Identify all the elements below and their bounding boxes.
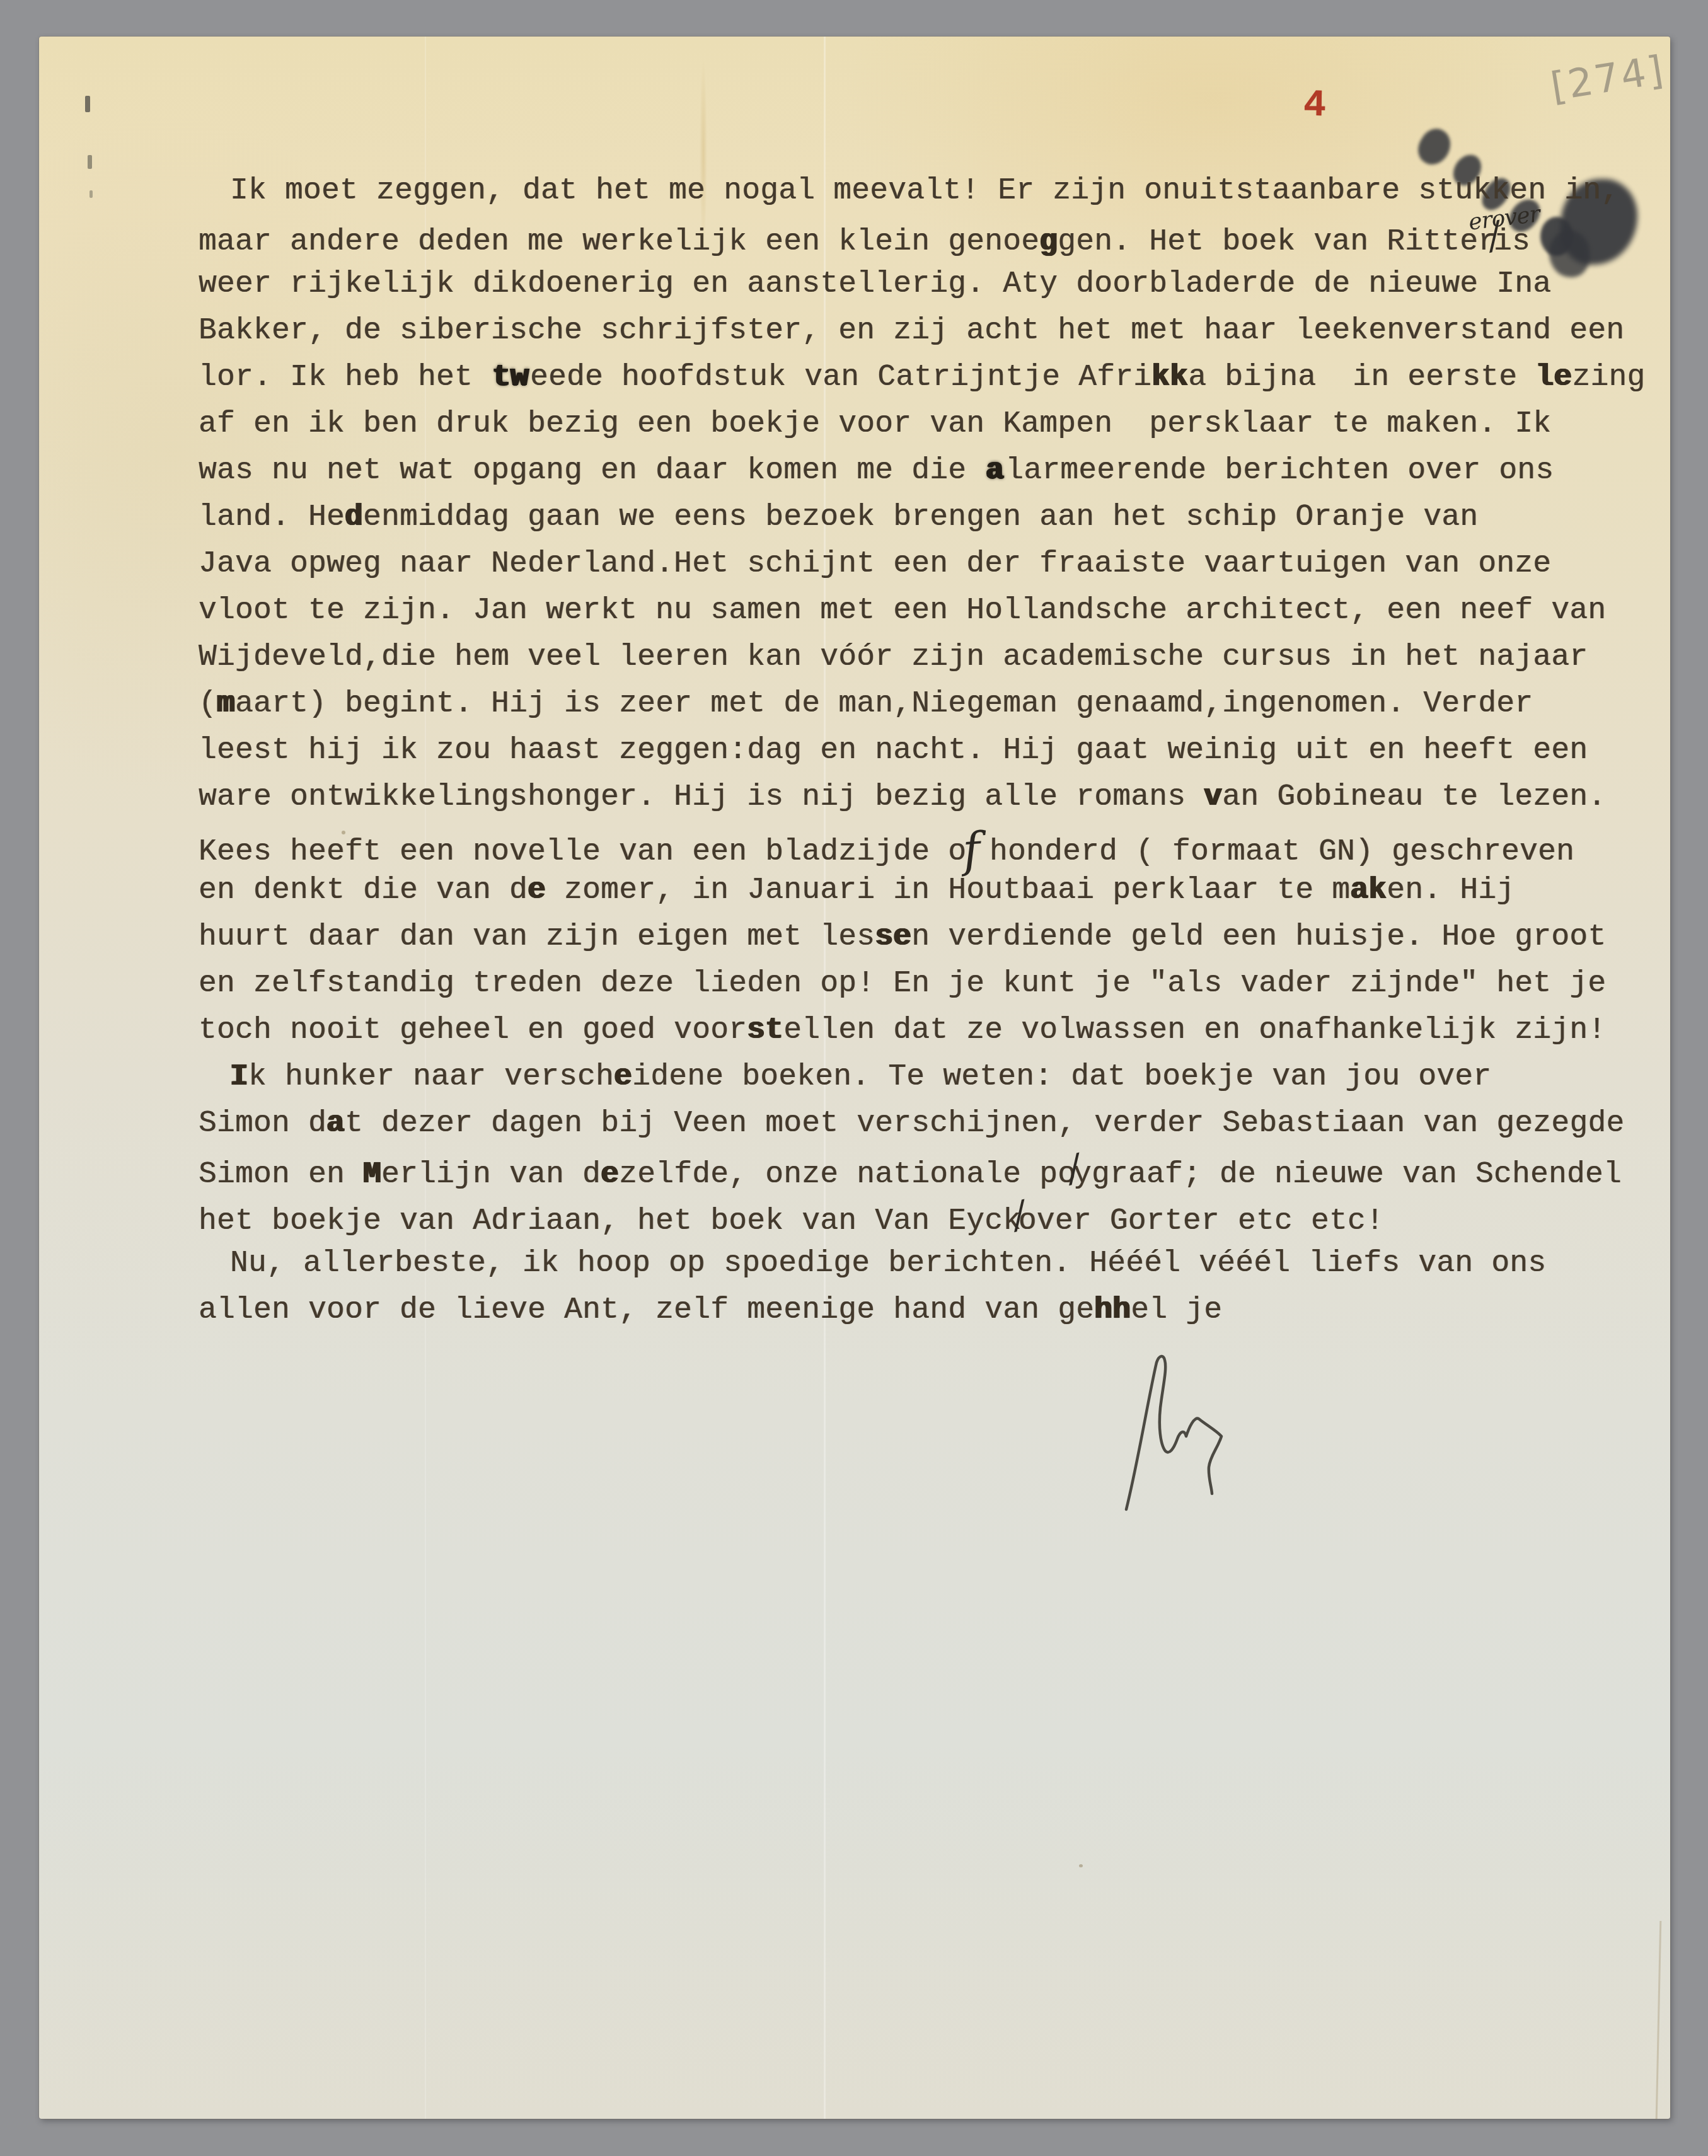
overstruck-text: f [961, 826, 982, 874]
letter-line: lor. Ik heb het tweede hoofdstuk van Cat… [199, 354, 1667, 401]
letter-line: Ik moet zeggen, dat het me nogal meevalt… [199, 168, 1667, 214]
typewritten-text: Wijdeveld,die hem veel leeren kan vóór z… [199, 640, 1588, 674]
typewritten-text: n verdiende geld een huisje. Hoe groot [911, 920, 1606, 954]
paper-speck [1079, 1864, 1083, 1867]
typewritten-text: maar andere deden me werkelijk een klein… [199, 225, 1039, 259]
overstruck-text: ak [1350, 873, 1387, 908]
typewritten-text: zing [1572, 360, 1645, 395]
letter-line: land. Hedenmiddag gaan we eens bezoek br… [199, 494, 1667, 541]
overstruck-text: d [345, 500, 363, 534]
overstruck-text: kk [1151, 360, 1188, 395]
letter-line: Ik hunker naar verscheidene boeken. Te w… [199, 1054, 1667, 1100]
overstruck-text: m [217, 687, 235, 721]
typewritten-text: k hunker naar versch [248, 1060, 614, 1094]
paper-speck [1432, 742, 1435, 746]
letter-line: Bakker, de siberische schrijfster, en zi… [199, 308, 1667, 354]
typewritten-text: Kees heeft een novelle van een bladzijde… [199, 835, 966, 869]
typewritten-text: leest hij ik zou haast zeggen:dag en nac… [199, 734, 1588, 768]
overstruck-text: le [1535, 360, 1572, 395]
paper-edge-crease [1656, 1921, 1662, 2119]
typewritten-text: ( [199, 687, 217, 721]
typewritten-text: lor. Ik heb het [199, 360, 491, 395]
staple-mark [89, 190, 93, 198]
letter-line: en zelfstandig treden deze lieden op! En… [199, 960, 1667, 1007]
typewritten-text: aart) begint. Hij is zeer met de man,Nie… [235, 687, 1533, 721]
letter-line: huurt daar dan van zijn eigen met lessen… [199, 914, 1667, 960]
overstruck-text: a [986, 454, 1004, 488]
typewritten-text: weer rijkelijk dikdoenerig en aansteller… [199, 267, 1551, 301]
overstruck-text: M [363, 1158, 381, 1192]
typewritten-text: ygraaf; de nieuwe van Schendel [1073, 1158, 1622, 1192]
letter-line: Simon en Merlijn van dezelfde, onze nati… [199, 1147, 1667, 1194]
overstruck-text: se [875, 920, 911, 954]
letter-line: allen voor de lieve Ant, zelf meenige ha… [199, 1287, 1667, 1334]
scanned-letter-page: 4 [274] erover Ik moet zeggen, dat het m… [0, 0, 1708, 2156]
typewritten-text: allen voor de lieve Ant, zelf meenige ha… [199, 1293, 1094, 1327]
typewritten-text: el je [1131, 1293, 1222, 1327]
letter-line: Kees heeft een novelle van een bladzijde… [199, 821, 1667, 867]
letter-line: Java opweg naar Nederland.Het schijnt ee… [199, 541, 1667, 587]
typewritten-text: idene boeken. Te weten: dat boekje van j… [632, 1060, 1491, 1094]
overstruck-text: e [601, 1158, 619, 1192]
typewritten-text: was nu net wat opgang en daar komen me d… [199, 454, 984, 488]
letter-line: toch nooit geheel en goed voorstellen da… [199, 1007, 1667, 1054]
page-number: 4 [1303, 84, 1326, 128]
typewritten-text: zelfde, onze nationale po [619, 1158, 1076, 1192]
typewritten-text: zomer, in Januari in Houtbaai perklaar t… [546, 873, 1350, 908]
typewritten-text: an Gobineau te lezen. [1222, 780, 1606, 814]
typewritten-text: over Gorter etc etc! [1018, 1204, 1384, 1238]
overstruck-text: I [230, 1060, 248, 1094]
typewritten-text: Simon en [199, 1158, 363, 1192]
staple-mark [85, 96, 90, 112]
stamp-blob [1412, 124, 1457, 171]
typewritten-text: Simon d [199, 1107, 326, 1141]
typewritten-text: eede hoofdstuk van Catrijntje Afri [530, 360, 1151, 395]
archive-number-pencil: [274] [1548, 45, 1680, 110]
overstruck-text: st [747, 1013, 783, 1047]
letter-line: Nu, allerbeste, ik hoop op spoedige beri… [199, 1240, 1667, 1287]
letter-line: af en ik ben druk bezig een boekje voor … [199, 401, 1667, 447]
overstruck-text: tw [492, 360, 529, 395]
typewritten-text: toch nooit geheel en goed voor [199, 1013, 747, 1047]
typewritten-text: gen. Het boek van Ritter [1058, 225, 1496, 259]
letter-line: weer rijkelijk dikdoenerig en aansteller… [199, 261, 1667, 308]
typewritten-text: a bijna in eerste [1188, 360, 1535, 395]
overstruck-text: hh [1094, 1293, 1131, 1327]
overstruck-text: v [1204, 780, 1222, 814]
letter-line: en denkt die van de zomer, in Januari in… [199, 867, 1667, 914]
typewritten-text: huurt daar dan van zijn eigen met les [199, 920, 875, 954]
letter-body: Ik moet zeggen, dat het me nogal meevalt… [199, 168, 1667, 1334]
typewritten-text: en zelfstandig treden deze lieden op! En… [199, 967, 1606, 1001]
typewritten-text: ellen dat ze volwassen en onafhankelijk … [783, 1013, 1606, 1047]
typewritten-text: land. He [199, 500, 345, 534]
typewritten-text: Ik moet zeggen, dat het me nogal meevalt… [230, 174, 1619, 208]
typewritten-text: erlijn van d [381, 1158, 601, 1192]
typewritten-text: ware ontwikkelingshonger. Hij is nij bez… [199, 780, 1204, 814]
overstruck-text: e [528, 873, 546, 908]
typewritten-text: en denkt die van d [199, 873, 528, 908]
overstruck-text: g [1039, 225, 1058, 259]
letter-line: leest hij ik zou haast zeggen:dag en nac… [199, 727, 1667, 774]
typewritten-text: Java opweg naar Nederland.Het schijnt ee… [199, 547, 1551, 581]
letter-line: het boekje van Adriaan, het boek van Van… [199, 1194, 1667, 1240]
typewritten-text: af en ik ben druk bezig een boekje voor … [199, 407, 1551, 441]
typewritten-text: Nu, allerbeste, ik hoop op spoedige beri… [230, 1247, 1546, 1281]
letter-line: was nu net wat opgang en daar komen me d… [199, 447, 1667, 494]
typewritten-text: vloot te zijn. Jan werkt nu samen met ee… [199, 594, 1606, 628]
letter-paper: 4 [274] erover Ik moet zeggen, dat het m… [39, 37, 1670, 2119]
letter-line: Simon dat dezer dagen bij Veen moet vers… [199, 1100, 1667, 1147]
typewritten-text: Bakker, de siberische schrijfster, en zi… [199, 314, 1624, 348]
signature [1111, 1347, 1274, 1555]
letter-line: vloot te zijn. Jan werkt nu samen met ee… [199, 587, 1667, 634]
typewritten-text: het boekje van Adriaan, het boek van Van… [199, 1204, 1021, 1238]
paper-speck [342, 831, 345, 834]
typewritten-text: honderd ( formaat GN) geschreven [971, 835, 1574, 869]
typewritten-text: t dezer dagen bij Veen moet verschijnen,… [345, 1107, 1624, 1141]
letter-line: ware ontwikkelingshonger. Hij is nij bez… [199, 774, 1667, 821]
letter-line: (maart) begint. Hij is zeer met de man,N… [199, 681, 1667, 727]
typewritten-text: en. Hij [1387, 873, 1515, 908]
overstruck-text: e [614, 1060, 632, 1094]
typewritten-text: enmiddag gaan we eens bezoek brengen aan… [363, 500, 1478, 534]
typewritten-text: larmeerende berichten over ons [1005, 454, 1554, 488]
overstruck-text: a [326, 1107, 345, 1141]
staple-mark [88, 155, 92, 169]
letter-line: maar andere deden me werkelijk een klein… [199, 214, 1667, 261]
letter-line: Wijdeveld,die hem veel leeren kan vóór z… [199, 634, 1667, 681]
